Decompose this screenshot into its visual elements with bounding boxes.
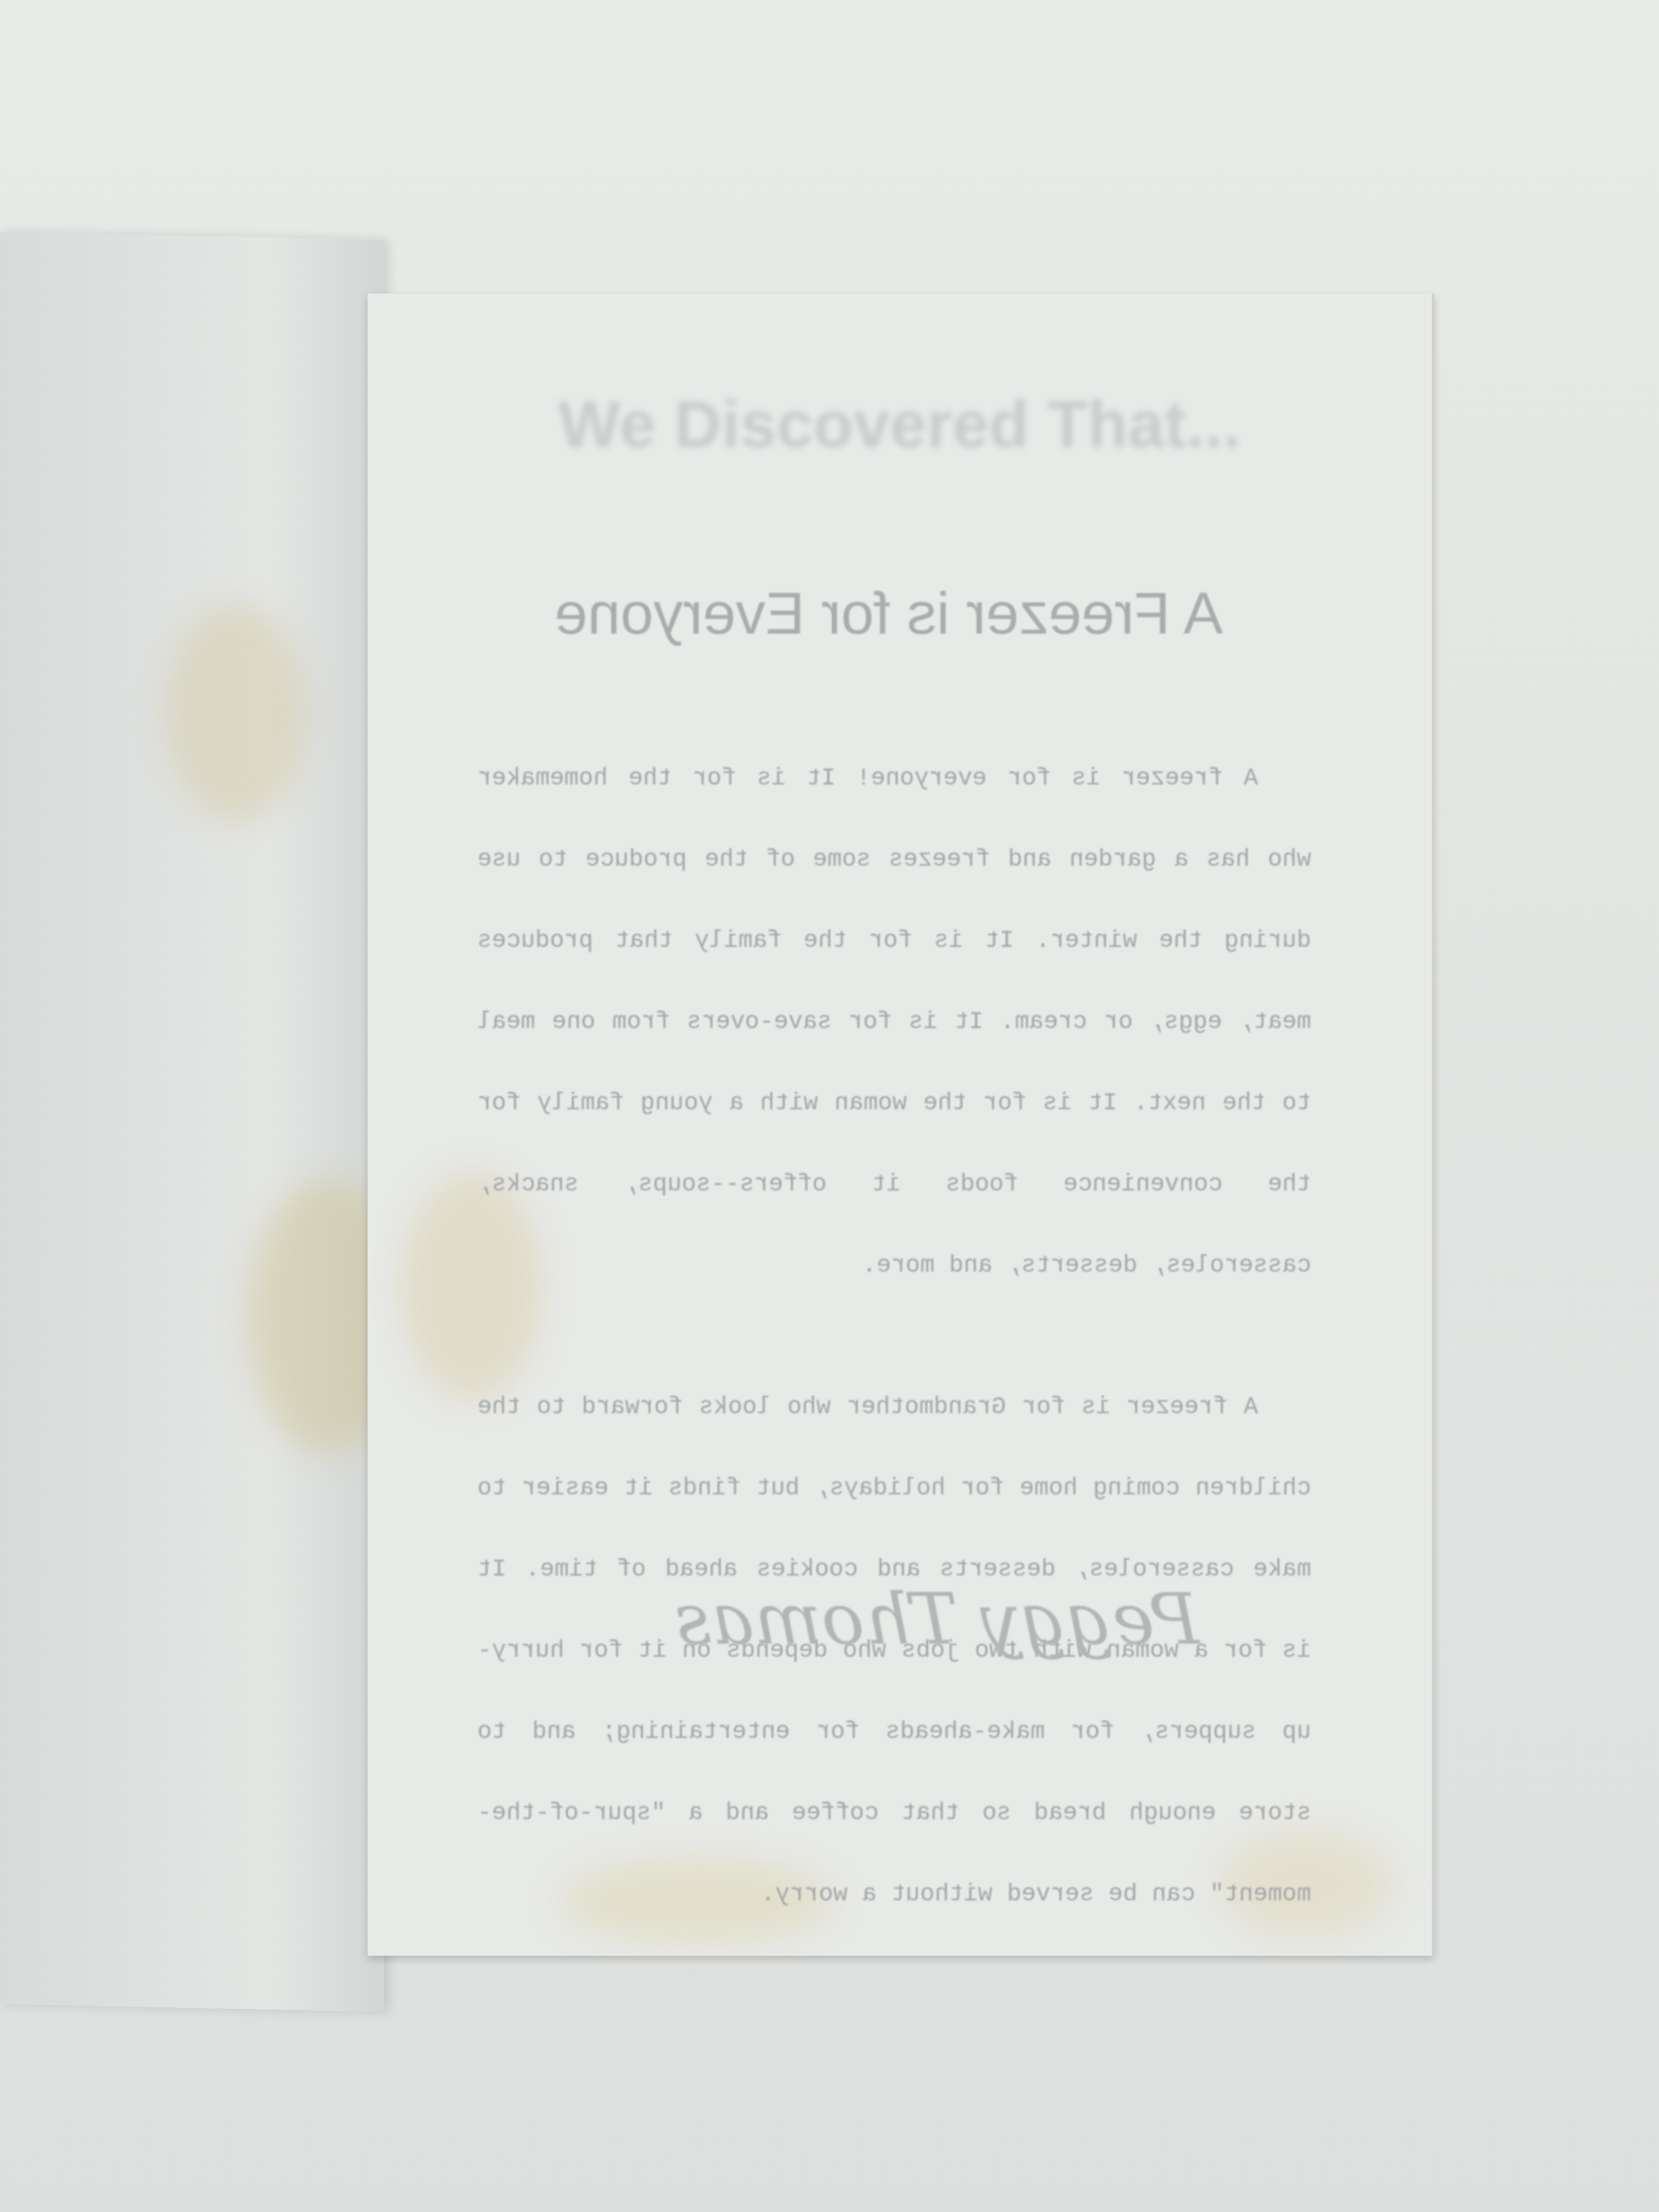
stain bbox=[165, 603, 307, 823]
body-text: A freezer is for everyone! It is for the… bbox=[477, 738, 1311, 1995]
document-page: We Discovered That... A Freezer is for E… bbox=[368, 294, 1434, 1956]
left-page bbox=[0, 232, 384, 2012]
signature: Peggy Thomas bbox=[675, 1577, 1199, 1661]
ghost-title: We Discovered That... bbox=[368, 387, 1432, 462]
paragraph: A freezer is for everyone! It is for the… bbox=[477, 738, 1311, 1306]
page-heading: A Freezer is for Everyone bbox=[477, 579, 1300, 647]
